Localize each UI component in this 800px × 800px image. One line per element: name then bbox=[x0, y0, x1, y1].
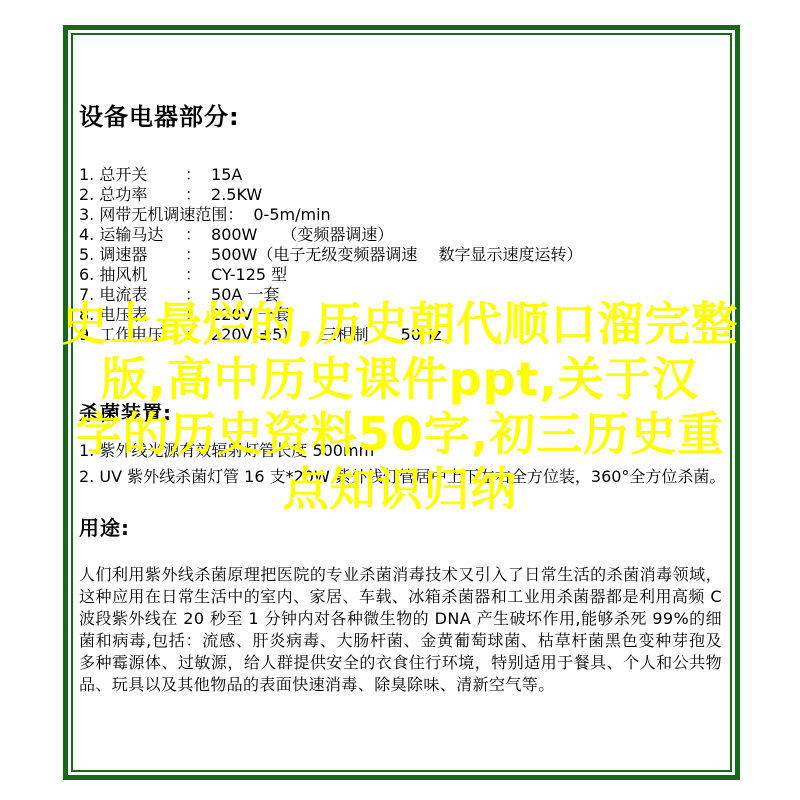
spec-value: 500W（电子无级变频器调速 数字显示速度运转） bbox=[211, 245, 582, 265]
spec-row: 9. 工作电压：220V(±5) 三相制 50Hz bbox=[79, 325, 722, 345]
sterilizer-list: 1. 紫外线光源有效辐射灯管长度 500mm 2. UV 紫外线杀菌灯管 16 … bbox=[79, 438, 722, 490]
spec-colon: ： bbox=[185, 165, 201, 185]
spec-value: 2.5KW bbox=[211, 185, 262, 205]
spec-colon: ： bbox=[185, 305, 201, 325]
spec-colon: ： bbox=[185, 225, 201, 245]
spec-colon: ： bbox=[185, 285, 201, 305]
spec-label: 5. 调速器 bbox=[79, 245, 185, 265]
spec-row: 4. 运输马达：800W （变频器调速） bbox=[79, 225, 722, 245]
spec-row: 6. 抽风机：CY-125 型 bbox=[79, 265, 722, 285]
document-content: 设备电器部分: 1. 总开关：15A 2. 总功率：2.5KW 3. 网带无机调… bbox=[73, 35, 730, 770]
spec-row: 1. 总开关：15A bbox=[79, 165, 722, 185]
sterilizer-item: 2. UV 紫外线杀菌灯管 16 支*20W 紫外线灯管居中上下左右全方位装，3… bbox=[79, 464, 722, 490]
spec-value: 220V(±5) 三相制 50Hz bbox=[211, 325, 441, 345]
usage-paragraph: 人们利用紫外线杀菌原理把医院的专业杀菌消毒技术又引入了日常生活的杀菌消毒领域，这… bbox=[79, 564, 722, 696]
spec-row: 8. 电压表：220V 一套 bbox=[79, 305, 722, 325]
document-frame: 设备电器部分: 1. 总开关：15A 2. 总功率：2.5KW 3. 网带无机调… bbox=[63, 25, 740, 780]
spec-value: 15A bbox=[211, 165, 242, 185]
equipment-section-title: 设备电器部分: bbox=[79, 97, 722, 132]
spec-row: 5. 调速器：500W（电子无级变频器调速 数字显示速度运转） bbox=[79, 245, 722, 265]
spec-label: 3. 网带无机调速范围 bbox=[79, 205, 227, 225]
spec-colon: ： bbox=[185, 245, 201, 265]
spec-row: 3. 网带无机调速范围：0-5m/min bbox=[79, 205, 722, 225]
spec-label: 9. 工作电压 bbox=[79, 325, 185, 345]
spec-label: 7. 电流表 bbox=[79, 285, 185, 305]
spec-label: 1. 总开关 bbox=[79, 165, 185, 185]
usage-section-title: 用途: bbox=[79, 512, 722, 541]
document-frame-inner-border: 设备电器部分: 1. 总开关：15A 2. 总功率：2.5KW 3. 网带无机调… bbox=[71, 33, 732, 772]
spec-value: 800W （变频器调速） bbox=[211, 225, 393, 245]
spec-label: 6. 抽风机 bbox=[79, 265, 185, 285]
spec-row: 7. 电流表：50A 一套 bbox=[79, 285, 722, 305]
spec-value: 220V 一套 bbox=[211, 305, 290, 325]
spec-colon: ： bbox=[185, 265, 201, 285]
spec-colon: ： bbox=[227, 205, 243, 225]
spec-label: 8. 电压表 bbox=[79, 305, 185, 325]
spec-colon: ： bbox=[185, 325, 201, 345]
sterilizer-section-title: 杀菌装置: bbox=[79, 397, 722, 426]
sterilizer-item: 1. 紫外线光源有效辐射灯管长度 500mm bbox=[79, 438, 722, 464]
spec-value: 0-5m/min bbox=[253, 205, 330, 225]
spec-label: 2. 总功率 bbox=[79, 185, 185, 205]
equipment-spec-list: 1. 总开关：15A 2. 总功率：2.5KW 3. 网带无机调速范围：0-5m… bbox=[79, 165, 722, 345]
spec-row: 2. 总功率：2.5KW bbox=[79, 185, 722, 205]
spec-value: CY-125 型 bbox=[211, 265, 287, 285]
spec-label: 4. 运输马达 bbox=[79, 225, 185, 245]
page: 设备电器部分: 1. 总开关：15A 2. 总功率：2.5KW 3. 网带无机调… bbox=[0, 0, 800, 800]
spec-colon: ： bbox=[185, 185, 201, 205]
spec-value: 50A 一套 bbox=[211, 285, 279, 305]
